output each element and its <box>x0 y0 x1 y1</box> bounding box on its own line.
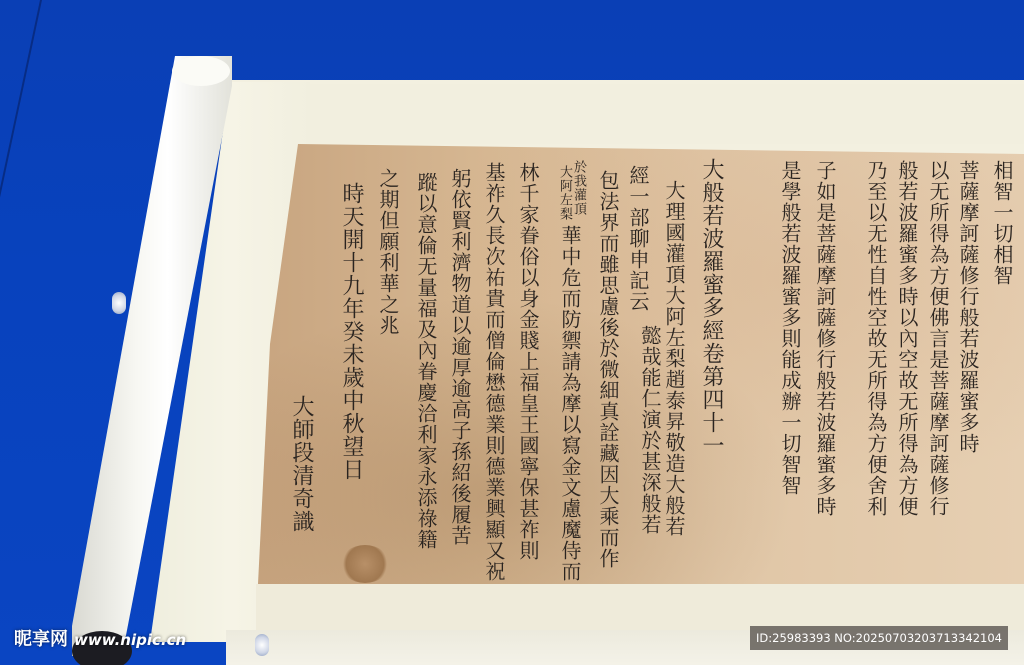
paper-stain <box>340 545 390 583</box>
scroll-column: 乃至以无性自性空故无所得為方便舍利 <box>866 160 886 517</box>
colophon-column: 華中危而防禦請為摩以寫金文慮魔侍而 <box>560 225 580 582</box>
watermark-id: ID:25983393 NO:20250703203713342104 <box>756 631 1002 645</box>
watermark-logo: 昵享网 www.nipic.cn <box>14 625 186 651</box>
watermark-url: www.nipic.cn <box>74 631 186 649</box>
colophon-column: 之期但願利華之兆 <box>378 168 398 336</box>
scroll-column: 般若波羅蜜多時以內空故无所得為方便 <box>897 160 917 517</box>
scroll-mount-top <box>300 84 1024 144</box>
colophon-column: 蹤以意倫无量福及內眷慶洽利家永添祿籍 <box>416 172 436 550</box>
signature-column: 大師段清奇識 <box>290 395 312 533</box>
colophon-column: 躬依賢利濟物道以逾厚逾高子孫紹後履苦 <box>450 168 470 546</box>
colophon-column: 懿哉能仁演於甚深般若 <box>640 325 660 535</box>
scroll-column: 菩薩摩訶薩修行般若波羅蜜多時 <box>958 160 978 454</box>
colophon-note: 大阿左梨 <box>558 165 571 221</box>
display-clip <box>255 634 269 656</box>
watermark-id-box: ID:25983393 NO:20250703203713342104 <box>750 626 1008 650</box>
colophon-column: 經一部聊申記云 <box>628 165 648 312</box>
date-column: 時天開十九年癸未歲中秋望日 <box>340 182 362 481</box>
scroll-roller <box>72 56 232 656</box>
scroll-column: 是學般若波羅蜜多則能成辦一切智智 <box>780 160 800 496</box>
colophon-column: 林千家眷俗以身金賤上福皇王國寧保甚祚則 <box>518 162 538 561</box>
colophon-column: 基祚久長次祐貴而僧倫懋德業則德業興顯又祝 <box>484 162 504 582</box>
scroll-column: 以无所得為方便佛言是菩薩摩訶薩修行 <box>928 160 948 517</box>
roller-cylinder <box>72 56 232 656</box>
colophon-column: 大理國灌頂大阿左梨趙泰昇敬造大般若 <box>664 180 684 537</box>
scroll-column: 相智一切相智 <box>992 160 1012 286</box>
scroll-column: 子如是菩薩摩訶薩修行般若波羅蜜多時 <box>815 160 835 517</box>
watermark-brand: 昵享网 <box>14 625 68 651</box>
display-clip <box>112 292 126 314</box>
sutra-title: 大般若波羅蜜多經卷第四十一 <box>700 158 722 457</box>
colophon-column: 包法界而雖思慮後於微細真詮藏因大乘而作 <box>598 170 618 569</box>
display-edge-line <box>0 0 42 240</box>
colophon-note: 於我灌頂 <box>572 160 585 216</box>
roller-top-end <box>172 56 230 86</box>
